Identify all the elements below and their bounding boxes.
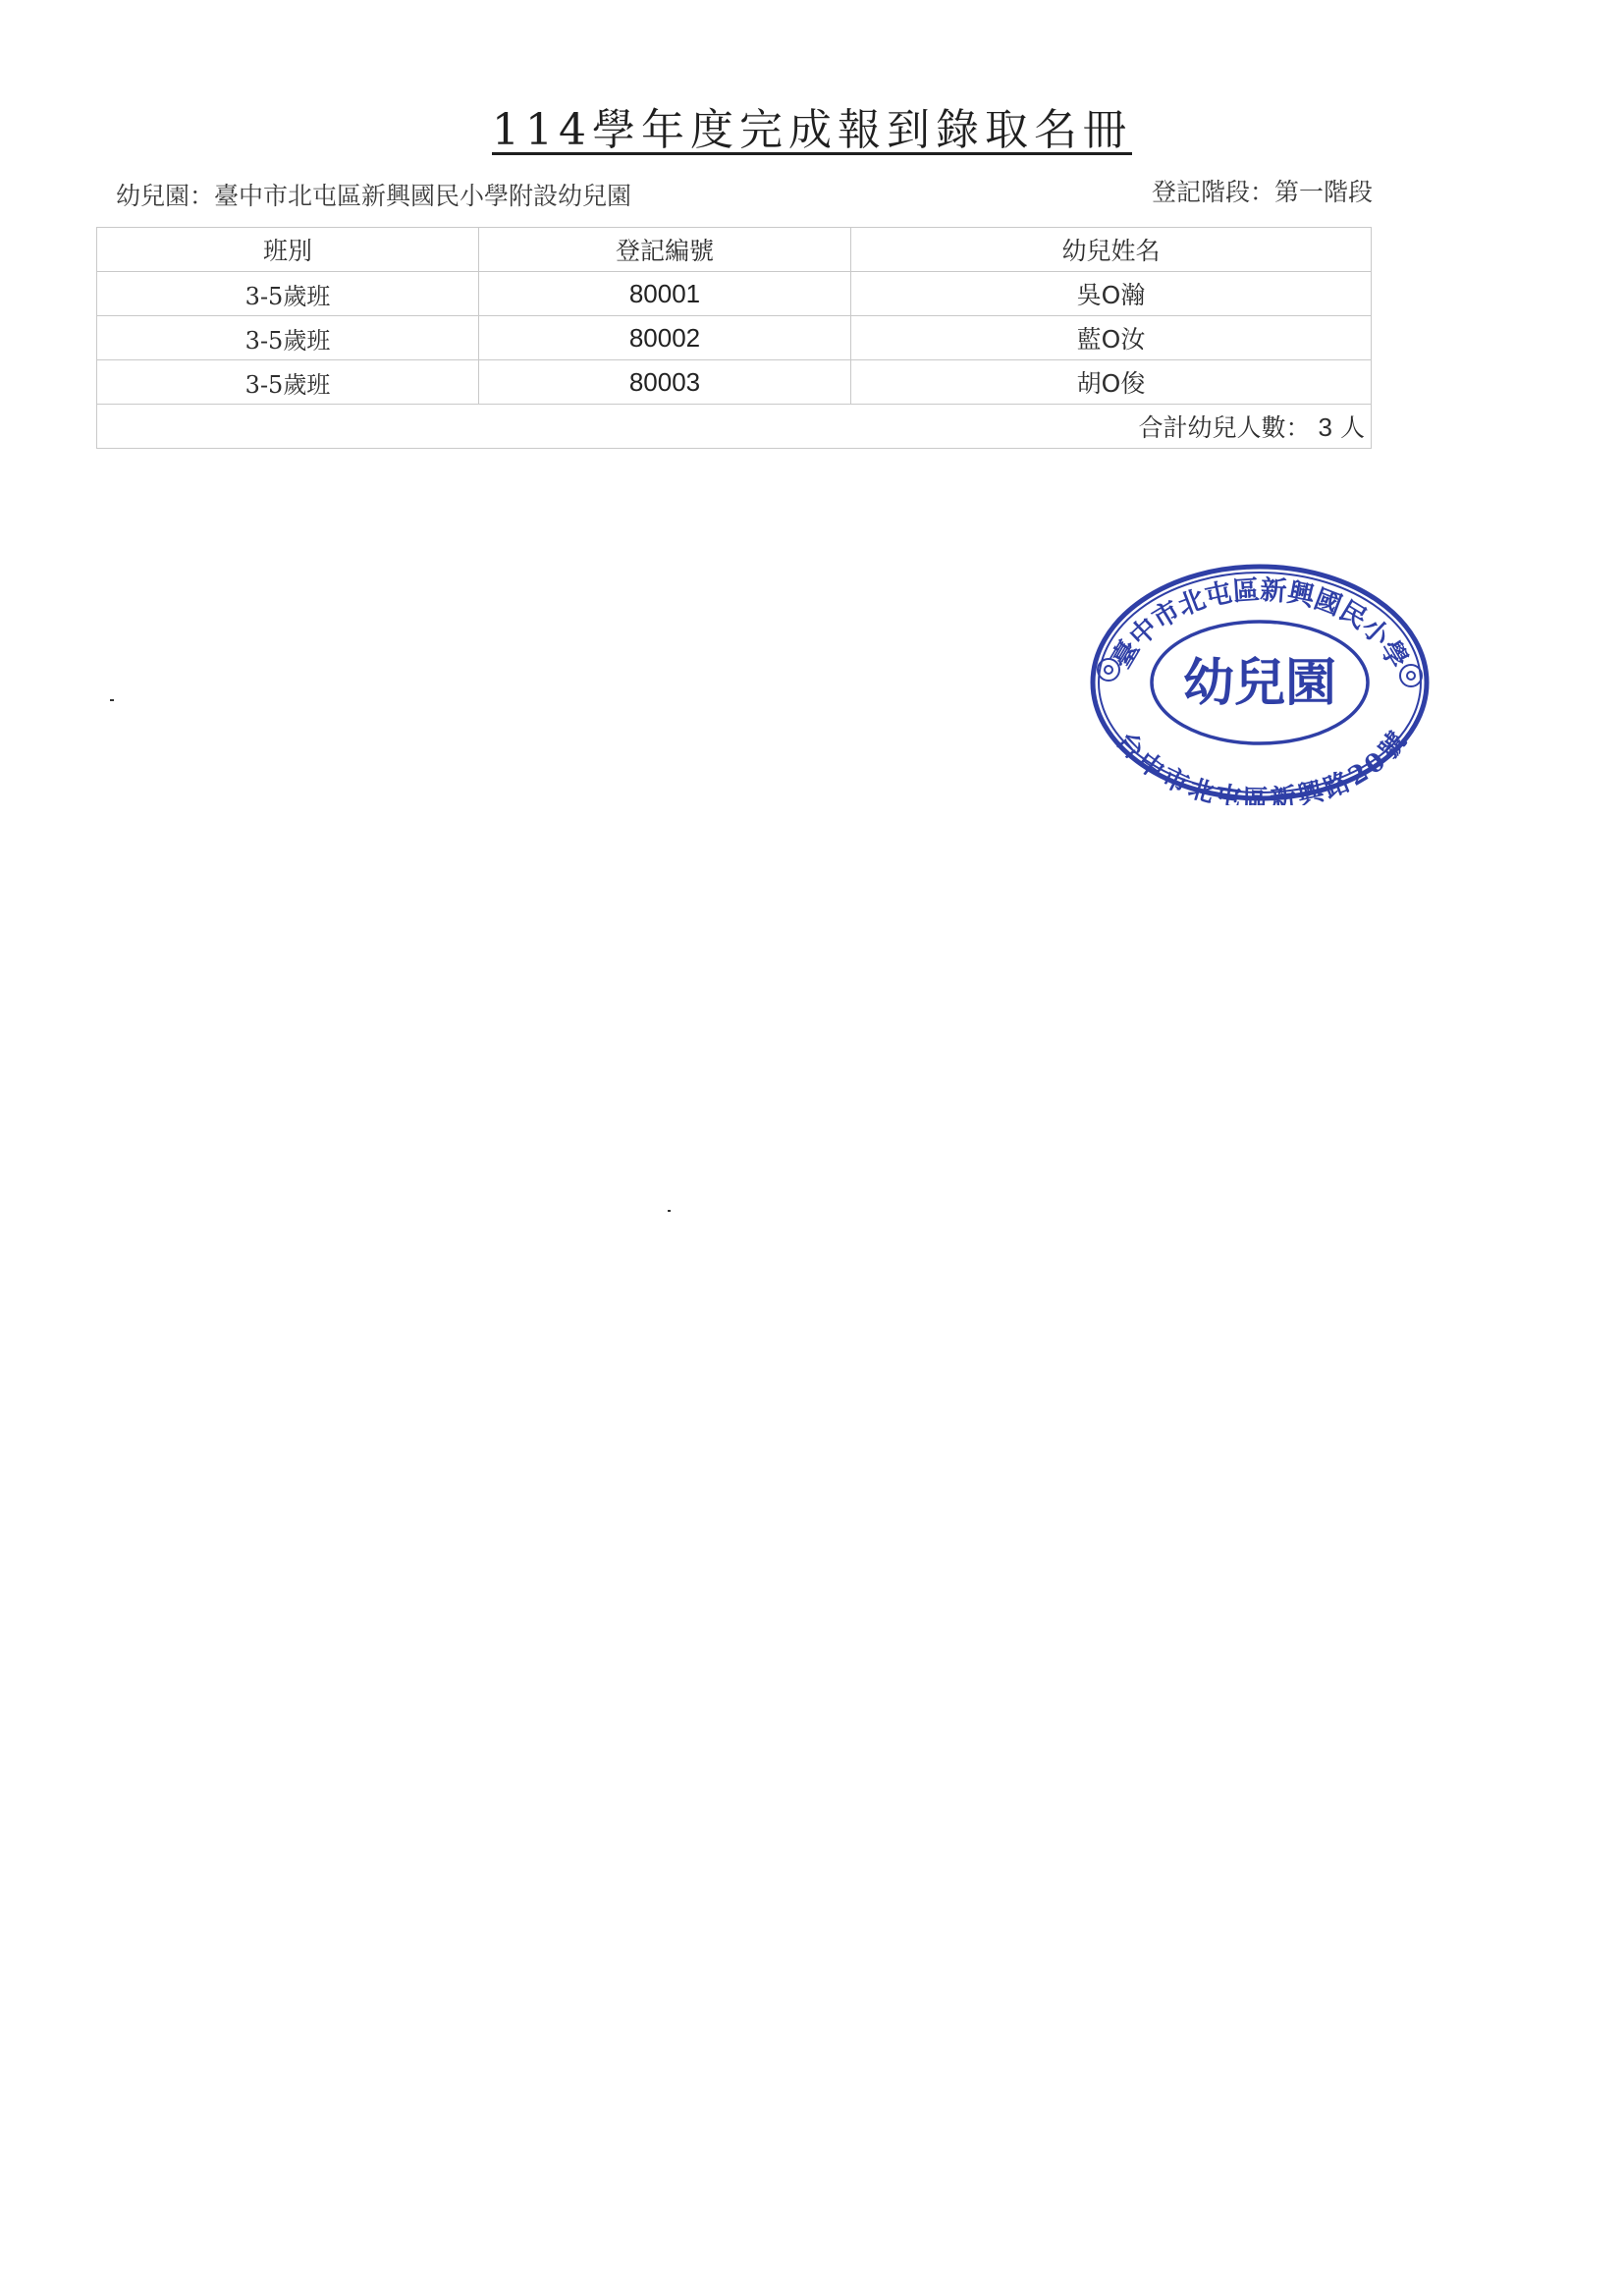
total-cell: 合計幼兒人數：3人 (97, 405, 1372, 449)
table-row: 3-5歲班 80001 吳O瀚 (97, 272, 1372, 316)
cell-registration-number: 80003 (479, 360, 851, 405)
cell-class: 3-5歲班 (97, 272, 479, 316)
cell-child-name: 吳O瀚 (851, 272, 1372, 316)
header-class: 班別 (97, 228, 479, 272)
document-title-wrap: 114學年度完成報到錄取名冊 (0, 94, 1624, 157)
seal-center-text: 幼兒園 (1183, 653, 1336, 713)
table-header-row: 班別 登記編號 幼兒姓名 (97, 228, 1372, 272)
official-seal-stamp: 臺中市北屯區新興國民小學 台中市北屯區新興路20號 幼兒園 (1083, 560, 1436, 805)
seal-graphic: 臺中市北屯區新興國民小學 台中市北屯區新興路20號 幼兒園 (1083, 560, 1436, 805)
total-row: 合計幼兒人數：3人 (97, 405, 1372, 449)
kindergarten-label: 幼兒園：臺中市北屯區新興國民小學附設幼兒園 (116, 177, 631, 212)
enrollment-roster-table: 班別 登記編號 幼兒姓名 3-5歲班 80001 吳O瀚 3-5歲班 80002… (96, 227, 1372, 449)
cell-class: 3-5歲班 (97, 316, 479, 360)
document-title: 114學年度完成報到錄取名冊 (492, 105, 1132, 155)
plum-blossom-icon (1098, 659, 1119, 681)
total-count: 3 (1319, 412, 1332, 442)
cell-class: 3-5歲班 (97, 360, 479, 405)
total-unit: 人 (1340, 413, 1365, 442)
seal-bottom-text: 台中市北屯區新興路20號 (1110, 727, 1412, 805)
scan-speck (110, 699, 114, 701)
registration-stage-label: 登記階段：第一階段 (1152, 173, 1373, 208)
table-row: 3-5歲班 80003 胡O俊 (97, 360, 1372, 405)
header-registration-number: 登記編號 (479, 228, 851, 272)
svg-text:台中市北屯區新興路20號: 台中市北屯區新興路20號 (1110, 727, 1412, 805)
total-label: 合計幼兒人數： (1139, 413, 1311, 442)
table-row: 3-5歲班 80002 藍O汝 (97, 316, 1372, 360)
header-child-name: 幼兒姓名 (851, 228, 1372, 272)
cell-child-name: 胡O俊 (851, 360, 1372, 405)
cell-registration-number: 80002 (479, 316, 851, 360)
scan-speck (668, 1210, 671, 1212)
plum-blossom-icon (1400, 665, 1422, 686)
cell-registration-number: 80001 (479, 272, 851, 316)
cell-child-name: 藍O汝 (851, 316, 1372, 360)
